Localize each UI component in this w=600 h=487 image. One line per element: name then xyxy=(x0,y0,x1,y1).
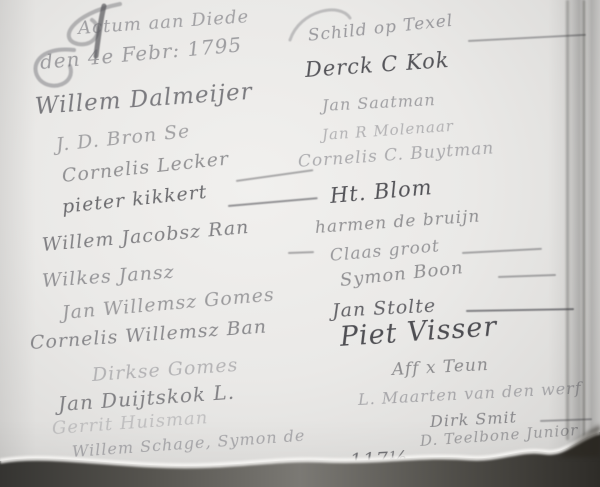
signature-line: J. D. Bron Se xyxy=(55,120,191,156)
signature-line: Wilkes Jansz xyxy=(41,261,175,292)
pen-stroke xyxy=(462,248,542,254)
pen-stroke xyxy=(228,197,318,207)
signature-line: Willem Jacobsz Ran xyxy=(41,216,250,256)
page-crease-line xyxy=(566,0,569,440)
page-crease-line xyxy=(583,0,585,445)
signature-line: Jan R Molenaar xyxy=(321,117,454,144)
signature-line: pieter kikkert xyxy=(61,181,209,218)
pen-stroke xyxy=(288,251,314,254)
manuscript-photo: Actum aan Diede den 4e Febr: 1795 Schild… xyxy=(0,0,600,487)
page-edge-shadow xyxy=(548,0,600,487)
signature-line: Derck C Kok xyxy=(304,48,450,82)
signature-line: L. Maarten van den werf xyxy=(358,378,583,409)
signature-line: Aff x Teun xyxy=(391,355,489,380)
signature-line: Ht. Blom xyxy=(329,175,434,208)
signature-line: Jan Saatman xyxy=(322,90,437,115)
signature-line: harmen de bruijn xyxy=(314,206,481,238)
pen-stroke xyxy=(468,34,586,42)
table-surface xyxy=(0,417,600,487)
pen-stroke xyxy=(498,274,556,278)
